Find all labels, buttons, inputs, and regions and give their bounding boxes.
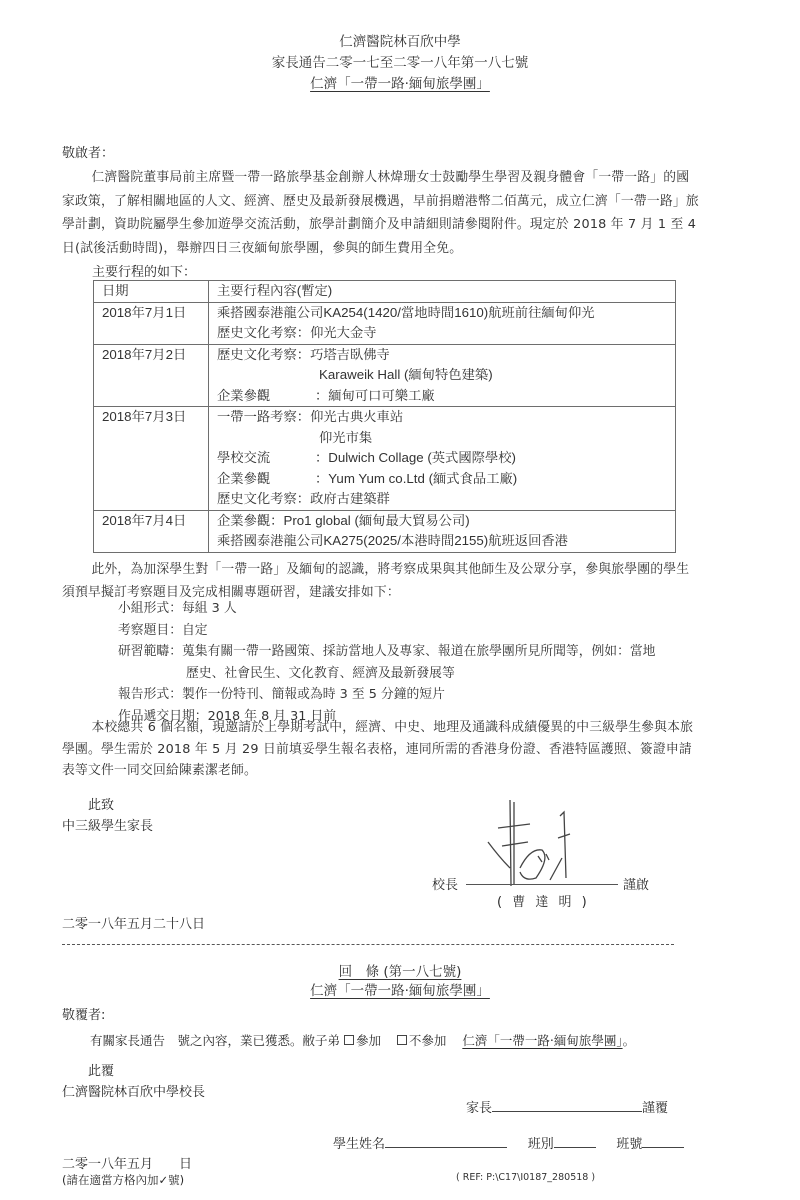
recipient: 中三級學生家長 — [62, 815, 153, 834]
notice-title-wrap: 仁濟「一帶一路‧緬甸旅學團」 — [0, 74, 800, 95]
table-row: 2018年7月1日 乘搭國泰港龍公司KA254(1420/當地時間1610)航班… — [94, 302, 676, 344]
row-line-text: 仰光古典火車站 — [310, 409, 403, 424]
row-line-label: 企業參觀 — [217, 386, 315, 407]
respect-closing: 謹啟 — [623, 874, 649, 893]
intro-paragraph: 仁濟醫院董事局前主席暨一帶一路旅學基金創辦人林煒珊女士鼓勵學生學習及親身體會「一… — [62, 166, 702, 260]
signature-icon — [480, 798, 600, 888]
salutation: 敬啟者： — [62, 142, 114, 161]
row-line-label: 一帶一路考察： — [217, 409, 310, 424]
row-line-text: 巧塔吉臥佛寺 — [310, 347, 390, 362]
class-label: 班別 — [528, 1137, 554, 1152]
tick-note: (請在適當方格內加✓號) — [62, 1172, 184, 1188]
row-content: 企業參觀：Pro1 global (緬甸最大貿易公司) 乘搭國泰港龍公司KA27… — [209, 510, 676, 552]
table-row: 2018年7月2日 歷史文化考察：巧塔吉臥佛寺 Karaweik Hall (緬… — [94, 344, 676, 407]
list-item: 報告形式：製作一份特刊、簡報或為時 3 至 5 分鐘的短片 — [118, 684, 655, 706]
row-line-label: 學校交流 — [217, 448, 315, 469]
row-line-label: 企業參觀 — [217, 469, 315, 490]
notice-title: 仁濟「一帶一路‧緬甸旅學團」 — [310, 76, 490, 92]
row-line: 歷史文化考察：仰光大金寺 — [217, 323, 667, 344]
row-line: 歷史文化考察：巧塔吉臥佛寺 — [217, 345, 667, 366]
parent-label: 家長 — [466, 1101, 492, 1116]
student-info-fields: 學生姓名 班別 班號 — [333, 1133, 684, 1152]
row-line-text: ：Yum Yum co.Ltd (緬式食品工廠) — [315, 471, 517, 486]
notice-number: 家長通告二零一七至二零一八年第一八七號 — [0, 53, 800, 74]
item-value: 自定 — [182, 623, 208, 638]
arrangements-list: 小組形式：每組 3 人 考察題目：自定 研習範疇：蒐集有關一帶一路國策、採訪當地… — [118, 598, 655, 727]
itinerary-caption: 主要行程的如下： — [92, 261, 196, 280]
row-content: 歷史文化考察：巧塔吉臥佛寺 Karaweik Hall (緬甸特色建築) 企業參… — [209, 344, 676, 407]
event-name: 仁濟「一帶一路‧緬甸旅學團」 — [462, 1033, 622, 1048]
notice-date: 二零一八年五月二十八日 — [62, 913, 205, 932]
row-line: 企業參觀：緬甸可口可樂工廠 — [217, 386, 667, 407]
principal-name: ( 曹 達 明 ) — [497, 891, 590, 910]
principal-label: 校長 — [432, 874, 458, 893]
row-line: 仰光市集 — [217, 428, 667, 449]
row-line: 乘搭國泰港龍公司KA254(1420/當地時間1610)航班前往緬甸仰光 — [217, 303, 667, 324]
reply-body-text: 有關家長通告 號之內容，業已獲悉。敝子弟 — [90, 1033, 340, 1048]
quota-paragraph: 本校總共 6 個名額，現邀請於上學期考試中，經濟、中史、地理及通識科成績優異的中… — [62, 717, 702, 782]
row-date: 2018年7月2日 — [94, 344, 209, 407]
row-content: 一帶一路考察：仰光古典火車站 仰光市集 學校交流：Dulwich Collage… — [209, 407, 676, 511]
item-value: 製作一份特刊、簡報或為時 3 至 5 分鐘的短片 — [182, 687, 445, 702]
join-checkbox[interactable] — [344, 1035, 354, 1045]
row-content: 乘搭國泰港龍公司KA254(1420/當地時間1610)航班前往緬甸仰光 歷史文… — [209, 302, 676, 344]
school-name: 仁濟醫院林百欣中學 — [0, 32, 800, 53]
reply-title: 回 條 (第一八七號) — [339, 964, 462, 980]
reference-code: ( REF: P:\C17\I0187_280518 ) — [456, 1172, 595, 1183]
row-line: Karaweik Hall (緬甸特色建築) — [217, 365, 667, 386]
not-join-checkbox[interactable] — [397, 1035, 407, 1045]
item-value: 蒐集有關一帶一路國策、採訪當地人及專家、報道在旅學團所見所聞等，例如：當地 — [182, 644, 655, 659]
reply-subtitle-wrap: 仁濟「一帶一路‧緬甸旅學團」 — [0, 981, 800, 1002]
list-item: 考察題目：自定 — [118, 620, 655, 642]
item-label: 小組形式： — [118, 601, 182, 616]
student-name-input[interactable] — [385, 1133, 507, 1148]
parent-signature-input[interactable] — [492, 1097, 642, 1112]
header-date: 日期 — [94, 281, 209, 303]
row-date: 2018年7月3日 — [94, 407, 209, 511]
row-date: 2018年7月4日 — [94, 510, 209, 552]
row-line: 企業參觀：Pro1 global (緬甸最大貿易公司) — [217, 511, 667, 532]
row-line-label: 歷史文化考察： — [217, 347, 310, 362]
reply-subtitle: 仁濟「一帶一路‧緬甸旅學團」 — [310, 983, 490, 999]
item-value: 每組 3 人 — [182, 601, 237, 616]
class-no-label: 班號 — [616, 1137, 642, 1152]
table-row: 2018年7月3日 一帶一路考察：仰光古典火車站 仰光市集 學校交流：Dulwi… — [94, 407, 676, 511]
ci-fu: 此覆 — [88, 1060, 114, 1079]
row-line-text: 政府古建築群 — [310, 491, 390, 506]
row-line: 乘搭國泰港龍公司KA275(2025/本港時間2155)航班返回香港 — [217, 531, 667, 552]
parent-signature-field: 家長謹覆 — [466, 1097, 668, 1116]
row-line: 一帶一路考察：仰光古典火車站 — [217, 407, 667, 428]
reply-body: 有關家長通告 號之內容，業已獲悉。敝子弟 參加 不參加 仁濟「一帶一路‧緬甸旅學… — [90, 1031, 635, 1049]
row-line-text: ：緬甸可口可樂工廠 — [315, 388, 435, 403]
list-item: 研習範疇：蒐集有關一帶一路國策、採訪當地人及專家、報道在旅學團所見所聞等，例如：… — [118, 641, 655, 663]
row-line-label: 歷史文化考察： — [217, 325, 310, 340]
header-content: 主要行程內容(暫定) — [209, 281, 676, 303]
itinerary-table: 日期 主要行程內容(暫定) 2018年7月1日 乘搭國泰港龍公司KA254(14… — [93, 280, 676, 553]
row-line-label: 歷史文化考察： — [217, 491, 310, 506]
list-item-continuation: 歷史、社會民生、文化教育、經濟及最新發展等 — [118, 663, 655, 685]
ci-zhi: 此致 — [88, 794, 114, 813]
row-line-text: 仰光大金寺 — [310, 325, 376, 340]
item-label: 報告形式： — [118, 687, 182, 702]
reply-title-wrap: 回 條 (第一八七號) — [0, 962, 800, 983]
table-row: 2018年7月4日 企業參觀：Pro1 global (緬甸最大貿易公司) 乘搭… — [94, 510, 676, 552]
reply-date: 二零一八年五月 日 — [62, 1153, 192, 1172]
row-line: 企業參觀：Yum Yum co.Ltd (緬式食品工廠) — [217, 469, 667, 490]
reply-to: 仁濟醫院林百欣中學校長 — [62, 1081, 205, 1100]
student-name-label: 學生姓名 — [333, 1137, 385, 1152]
not-join-label: 不參加 — [409, 1033, 447, 1048]
item-label: 研習範疇： — [118, 644, 182, 659]
item-label: 考察題目： — [118, 623, 182, 638]
row-line: 學校交流：Dulwich Collage (英式國際學校) — [217, 448, 667, 469]
signature-line — [466, 884, 618, 885]
join-label: 參加 — [356, 1033, 381, 1048]
table-header-row: 日期 主要行程內容(暫定) — [94, 281, 676, 303]
row-date: 2018年7月1日 — [94, 302, 209, 344]
row-line: 歷史文化考察：政府古建築群 — [217, 489, 667, 510]
class-input[interactable] — [554, 1133, 596, 1148]
reply-salutation: 敬覆者: — [62, 1004, 105, 1023]
row-line-text: ：Dulwich Collage (英式國際學校) — [315, 450, 516, 465]
reply-body-suffix: 。 — [623, 1033, 636, 1048]
list-item: 小組形式：每組 3 人 — [118, 598, 655, 620]
parent-suffix: 謹覆 — [642, 1101, 668, 1116]
class-no-input[interactable] — [642, 1133, 684, 1148]
cut-line — [62, 944, 674, 945]
